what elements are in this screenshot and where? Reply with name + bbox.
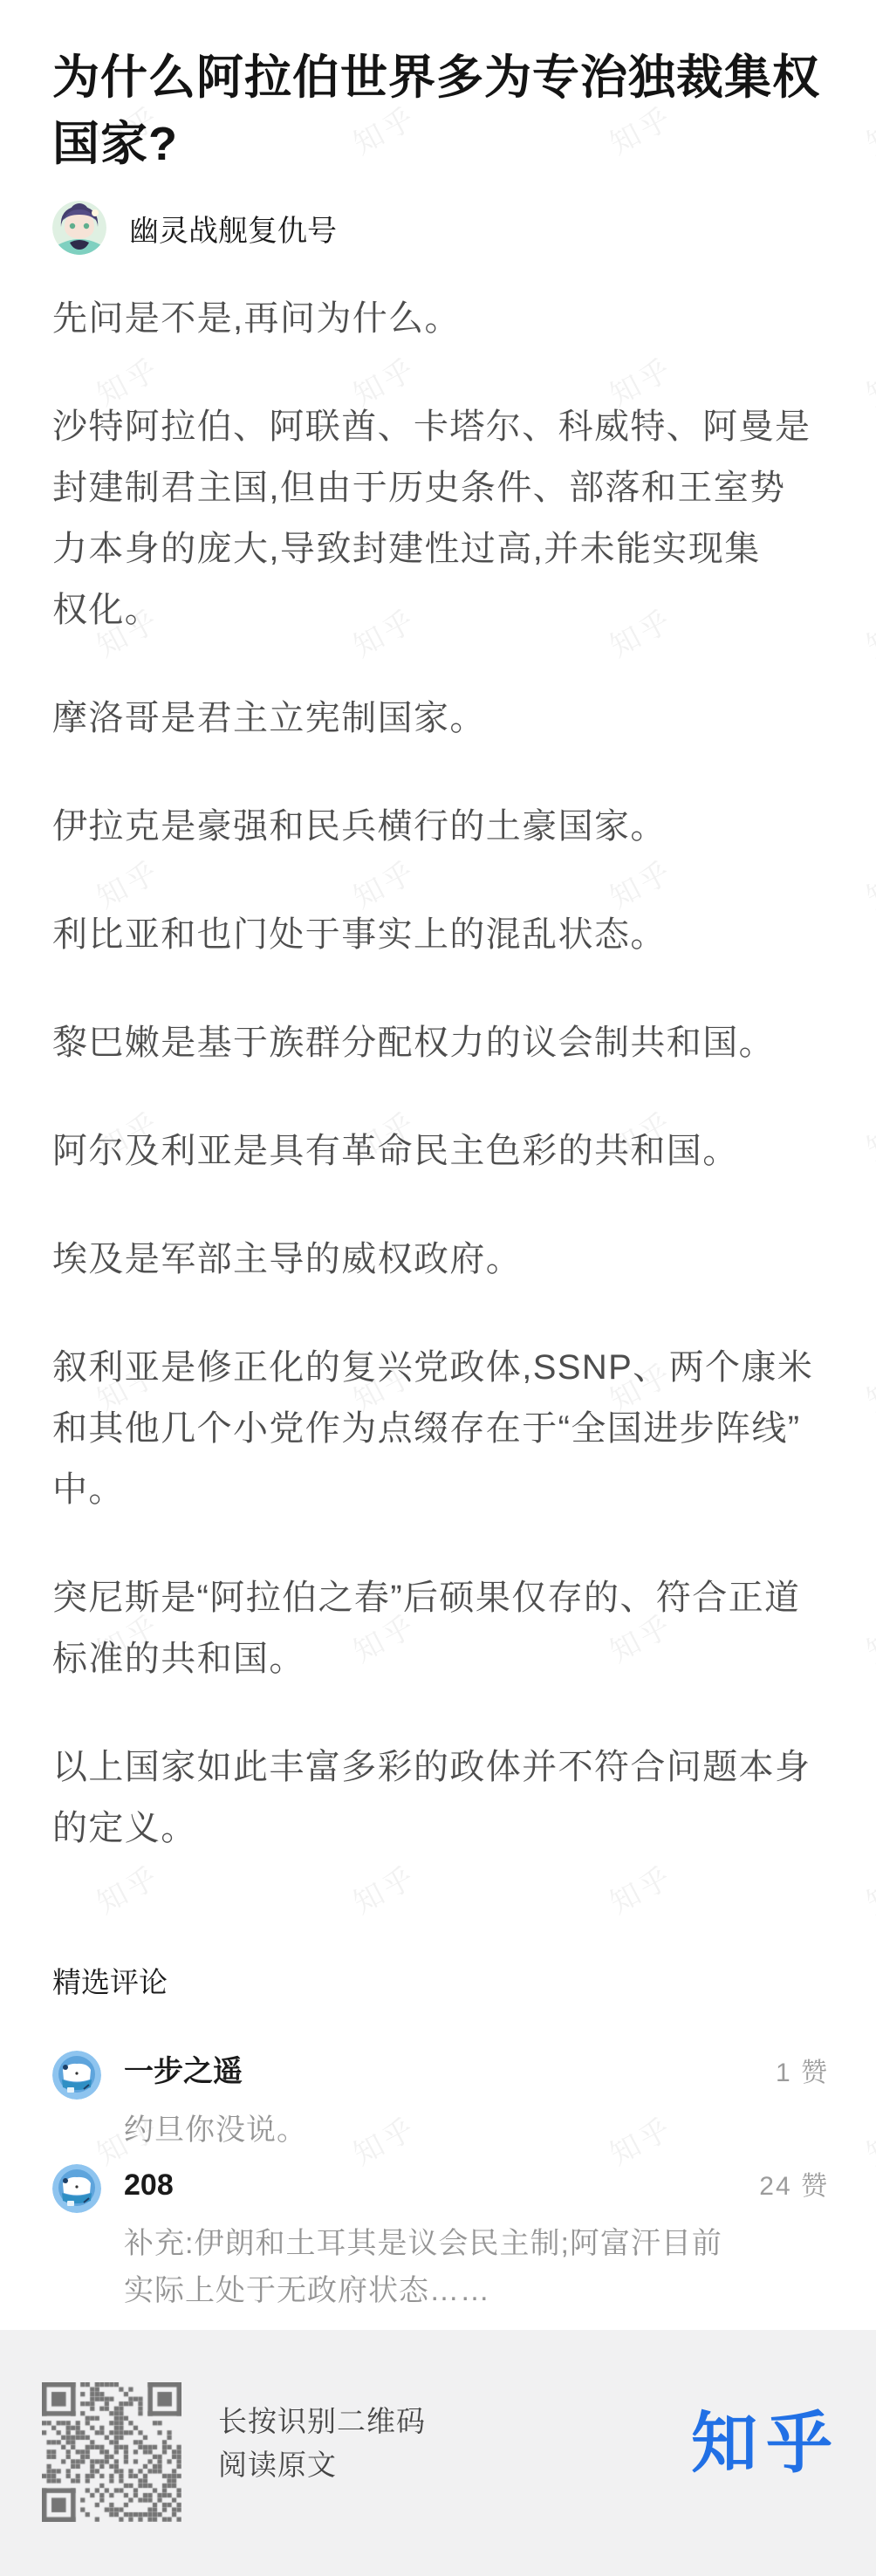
- answer-paragraph: 突尼斯是“阿拉伯之春”后硕果仅存的、符合正道 标准的共和国。: [52, 1567, 829, 1689]
- author-name[interactable]: 幽灵战舰复仇号: [129, 207, 337, 250]
- comment-text: 约旦你没说。: [124, 2107, 829, 2154]
- commenter-name[interactable]: 一步之遥: [124, 2051, 243, 2093]
- answer-paragraph: 叙利亚是修正化的复兴党政体,SSNP、两个康米 和其他几个小党作为点缀存在于“全…: [52, 1337, 829, 1520]
- answer-body: 先问是不是,再问为什么。 沙特阿拉伯、阿联酋、卡塔尔、科威特、阿曼是 封建制君主…: [52, 288, 829, 1859]
- answer-paragraph: 沙特阿拉伯、阿联酋、卡塔尔、科威特、阿曼是 封建制君主国,但由于历史条件、部落和…: [52, 396, 829, 641]
- question-title: 为什么阿拉伯世界多为专治独裁集权 国家?: [52, 45, 829, 177]
- commenter-name[interactable]: 208: [124, 2164, 174, 2206]
- featured-comments-heading: 精选评论: [52, 1963, 829, 2003]
- qr-code[interactable]: [42, 2382, 181, 2522]
- footer-hint-line1: 长按识别二维码: [218, 2400, 426, 2443]
- comment-row[interactable]: 208 24 赞 补充:伊朗和土耳其是议会民主制;阿富汗目前 实际上处于无政府状…: [52, 2164, 829, 2314]
- footer-bar: 长按识别二维码 阅读原文 知乎: [0, 2330, 876, 2576]
- answer-paragraph: 利比亚和也门处于事实上的混乱状态。: [52, 904, 829, 965]
- author-row[interactable]: 幽灵战舰复仇号: [52, 201, 829, 255]
- author-avatar[interactable]: [52, 201, 106, 255]
- answer-paragraph: 埃及是军部主导的威权政府。: [52, 1229, 829, 1290]
- commenter-avatar[interactable]: [52, 2164, 101, 2213]
- answer-paragraph: 以上国家如此丰富多彩的政体并不符合问题本身 的定义。: [52, 1737, 829, 1859]
- answer-paragraph: 伊拉克是豪强和民兵横行的土豪国家。: [52, 796, 829, 857]
- like-count[interactable]: 1 赞: [776, 2052, 829, 2094]
- answer-paragraph: 摩洛哥是君主立宪制国家。: [52, 688, 829, 749]
- footer-hint-line2: 阅读原文: [218, 2443, 426, 2487]
- commenter-avatar[interactable]: [52, 2051, 101, 2100]
- answer-paragraph: 先问是不是,再问为什么。: [52, 288, 829, 349]
- zhihu-share-card: 知乎知乎知乎知乎知乎知乎知乎知乎知乎知乎知乎知乎知乎知乎知乎知乎知乎知乎知乎知乎…: [0, 0, 876, 2576]
- answer-paragraph: 黎巴嫩是基于族群分配权力的议会制共和国。: [52, 1012, 829, 1073]
- like-count[interactable]: 24 赞: [759, 2166, 829, 2208]
- footer-hint: 长按识别二维码 阅读原文: [218, 2400, 426, 2487]
- comment-text: 补充:伊朗和土耳其是议会民主制;阿富汗目前 实际上处于无政府状态……: [124, 2220, 829, 2314]
- zhihu-logo[interactable]: 知乎: [691, 2411, 841, 2477]
- comment-row[interactable]: 一步之遥 1 赞 约旦你没说。: [52, 2051, 829, 2154]
- answer-paragraph: 阿尔及利亚是具有革命民主色彩的共和国。: [52, 1120, 829, 1182]
